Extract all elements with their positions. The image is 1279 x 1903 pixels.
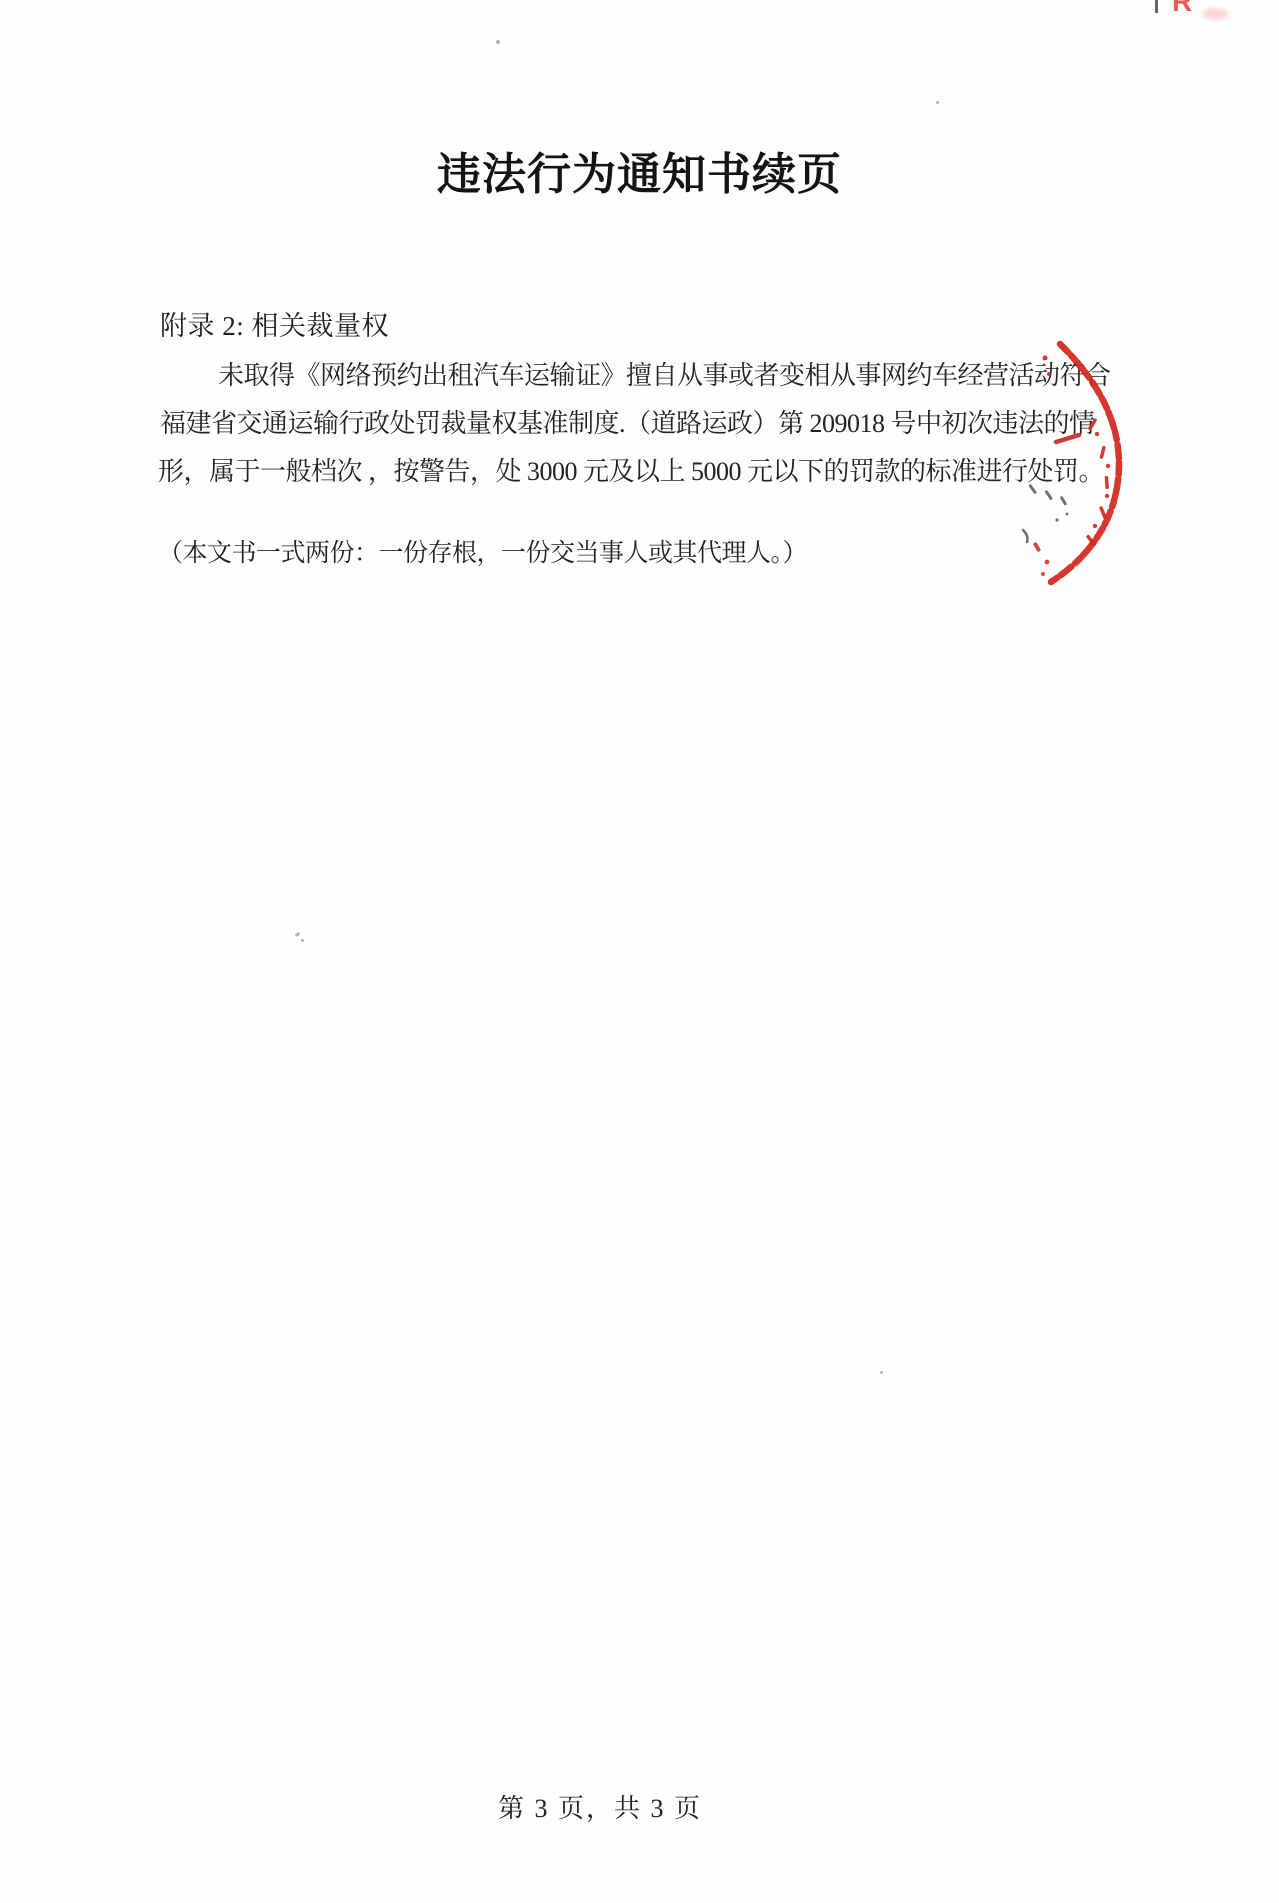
corner-red-mark: R (1172, 0, 1192, 18)
scan-speck (295, 932, 301, 937)
red-seal-stamp (1015, 330, 1150, 600)
gray-flecks (1023, 484, 1068, 542)
red-specks (1033, 542, 1050, 576)
paragraph-line: 未取得《网络预约出租汽车运输证》擅自从事或者变相从事网约车经营活动符合 (218, 355, 1111, 392)
scanned-document-page: 违法行为通知书续页 附录 2: 相关裁量权 未取得《网络预约出租汽车运输证》擅自… (0, 0, 1279, 1903)
paragraph-line: 福建省交通运输行政处罚裁量权基准制度.（道路运政）第 209018 号中初次违法… (160, 403, 1095, 440)
scan-speck (301, 939, 304, 942)
copies-note: （本文书一式两份：一份存根，一份交当事人或其代理人。） (158, 533, 807, 569)
seal-text-marks (1043, 356, 1111, 547)
seal-rim-arc (1051, 344, 1119, 582)
scan-speck (496, 40, 500, 44)
corner-smudge (1202, 8, 1228, 20)
scan-speck (880, 1371, 883, 1374)
red-dash-mark (1056, 435, 1079, 442)
paragraph-line: 形，属于一般档次 ，按警告，处 3000 元及以上 5000 元以下的罚款的标准… (158, 451, 1104, 488)
page-number-footer: 第 3 页，共 3 页 (0, 1788, 1200, 1825)
corner-tick-mark (1155, 0, 1158, 13)
document-title: 违法行为通知书续页 (0, 138, 1279, 202)
appendix-heading: 附录 2: 相关裁量权 (160, 304, 389, 343)
scan-speck (936, 101, 939, 104)
